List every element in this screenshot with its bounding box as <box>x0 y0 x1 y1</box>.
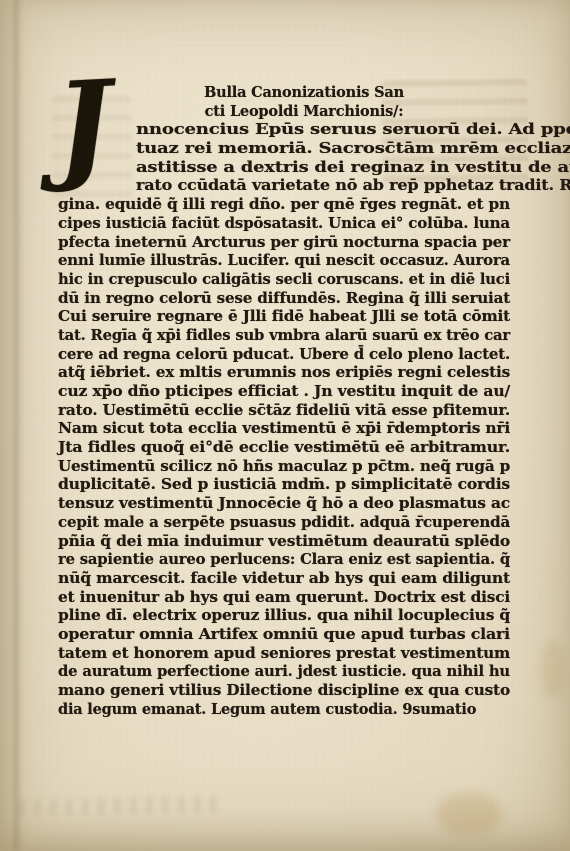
text-line: hic in crepusculo caligātis secli corusc… <box>58 271 510 290</box>
text-line: Nam sicut tota ecclia vestimentū ē xp̄i … <box>58 420 510 439</box>
text-line: tat. Regīa q̃ xp̄i fidles sub vmbra alar… <box>58 327 510 346</box>
text-block: J Bulla Canonizationis Sancti Leopoldi M… <box>58 84 510 719</box>
text-line: Uestimentū scilicz nō hñs maculaz p pc̄t… <box>58 458 510 477</box>
text-line: duplicitatē. Sed p iusticiā mdm̄. p simp… <box>58 476 510 495</box>
text-line: rato. Uestimētū ecclie sc̄tāz fideliū vi… <box>58 402 510 421</box>
drop-cap-initial: J <box>58 84 136 179</box>
text-line: tensuz vestimentū Jnnocēcie q̃ hō a deo … <box>58 495 510 514</box>
text-line: Jta fidles quoq̃ ei°dē ecclie vestimētū … <box>58 439 510 458</box>
text-line: gina. equidē q̃ illi regi dño. per qnē r… <box>58 196 510 215</box>
text-line: cuz xp̄o dño pticipes efficiat . Jn vest… <box>58 383 510 402</box>
text-line: pñia q̃ dei mīa induimur vestimētum deau… <box>58 533 510 552</box>
text-line: cere ad regna celorū pducat. Ubere d̄ ce… <box>58 346 510 365</box>
initial-letter-J: J <box>53 65 115 186</box>
text-line: pline dī. electrix operuz illius. qua ni… <box>58 607 510 626</box>
text-line: cipes iusticiā faciūt dspōsatasit. Unica… <box>58 215 510 234</box>
left-edge-shadow <box>12 0 22 851</box>
text-line: re sapientie aureo perlucens: Clara eniz… <box>58 551 510 570</box>
text-line: operatur omnia Artifex omniū que apud tu… <box>58 626 510 645</box>
text-line: nūq̃ marcescit. facile videtur ab hys qu… <box>58 570 510 589</box>
text-line: de auratum perfectione auri. jdest iusti… <box>58 663 510 682</box>
scanned-page: J Bulla Canonizationis Sancti Leopoldi M… <box>0 0 570 851</box>
text-line: et inuenitur ab hys qui eam querunt. Doc… <box>58 589 510 608</box>
text-line: tatem et honorem apud seniores prestat v… <box>58 645 510 664</box>
text-line: dū in regno celorū sese diffundēs. Regin… <box>58 290 510 309</box>
text-line: pfecta ineternū Arcturus per girū noctur… <box>58 234 510 253</box>
body-lines-container: rato ccūdatā varietate nō ab rep̄ ppheta… <box>58 177 510 719</box>
text-line: atq̃ iēbriet. ex mltis erumnis nos eripi… <box>58 364 510 383</box>
text-line: mano generi vtilius Dilectione disciplin… <box>58 682 510 701</box>
text-line: enni lumīe illustrās. Lucifer. qui nesci… <box>58 252 510 271</box>
text-line: dia legum emanat. Legum autem custodia. … <box>58 701 510 720</box>
text-line: rato ccūdatā varietate nō ab rep̄ ppheta… <box>58 177 510 196</box>
text-line: Cui seruire regnare ē Jlli fidē habeat J… <box>58 308 510 327</box>
text-line: cepit male a serpēte psuasus pdidit. adq… <box>58 514 510 533</box>
